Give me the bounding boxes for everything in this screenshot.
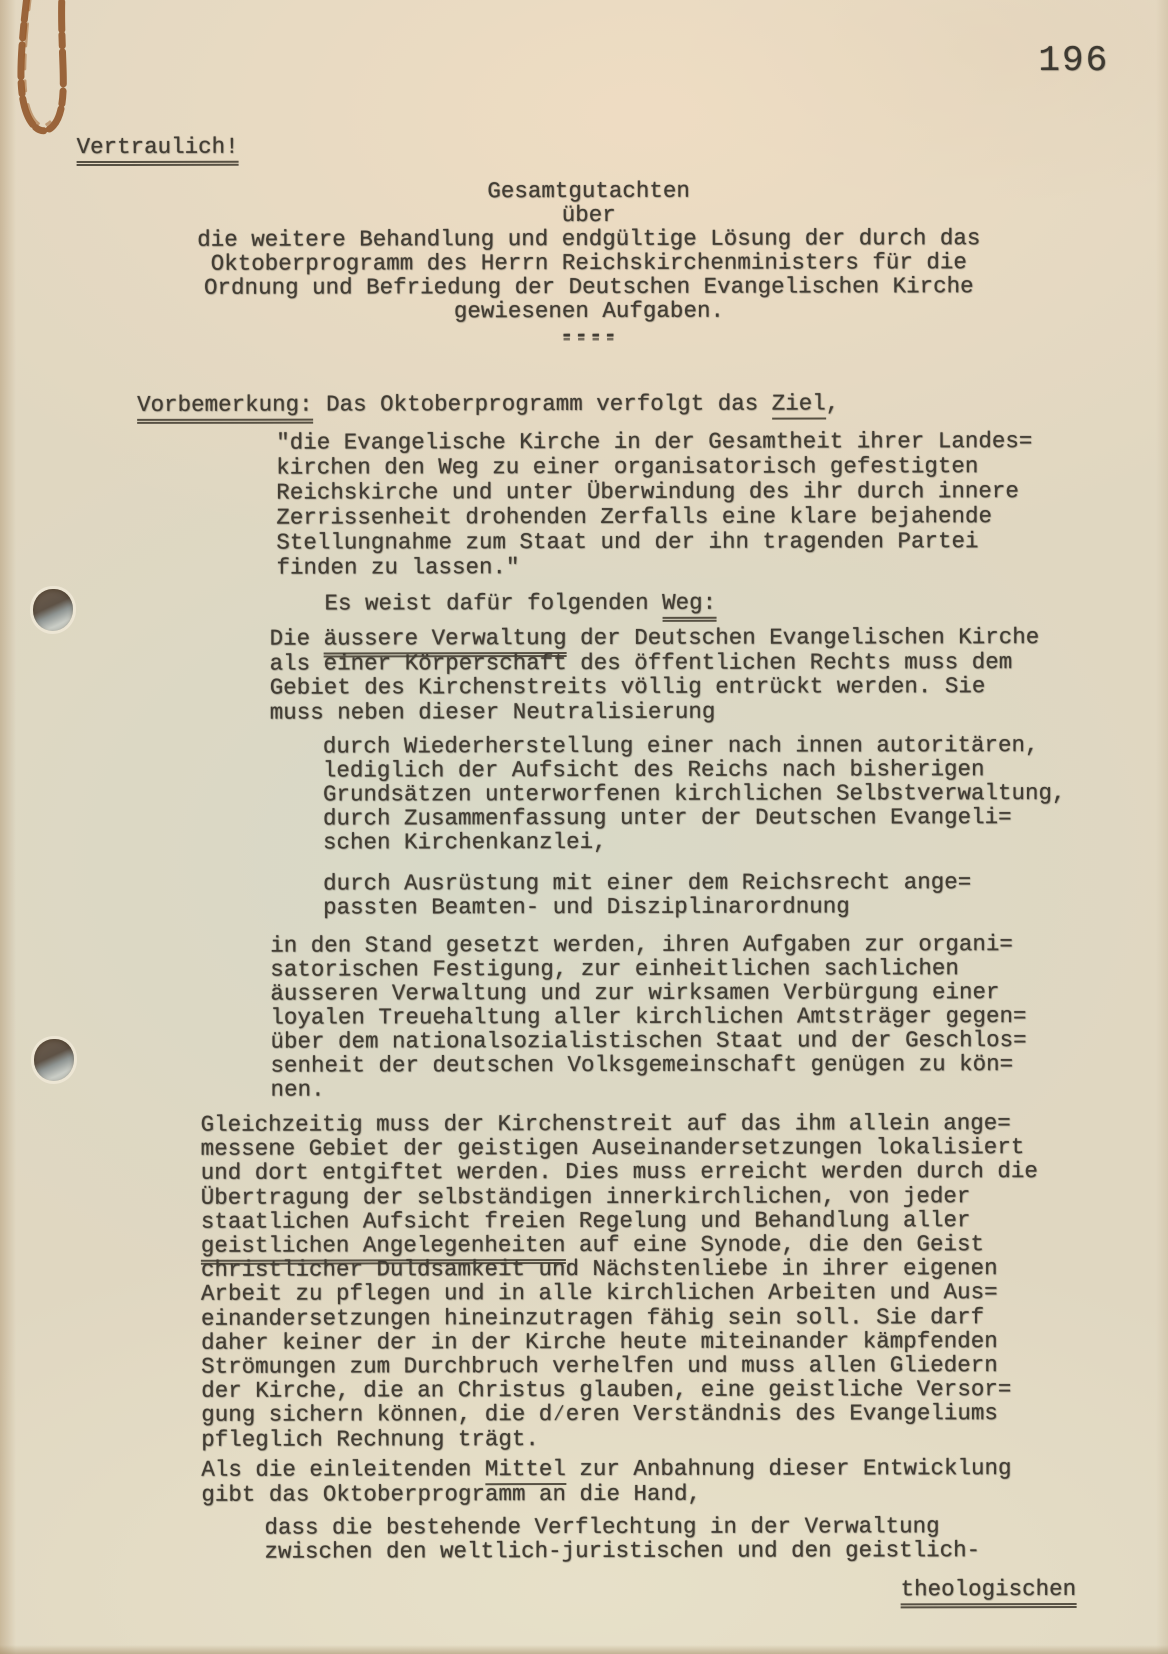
vorbemerkung-text: Das Oktoberprogramm verfolgt das — [313, 391, 772, 418]
paragraph-line: äusseren Verwaltung und zur wirksamen Ve… — [270, 980, 1026, 1006]
document-title: Gesamtgutachten über die weitere Behandl… — [69, 178, 1109, 348]
quote-line: "die Evangelische Kirche in der Gesamthe… — [276, 429, 1032, 456]
dass-item: dass die bestehende Verflechtung in der … — [264, 1514, 980, 1563]
paragraph-line: der Kirche, die an Christus glauben, ein… — [201, 1377, 1038, 1403]
paragraph-line: Als die einleitenden Mittel zur Anbahnun… — [201, 1456, 1011, 1482]
title-line: gewiesenen Aufgaben. — [69, 298, 1109, 324]
vorbemerkung-tail: , — [826, 390, 840, 416]
page-number: 196 — [1038, 49, 1109, 73]
paragraph-line: gung sichern können, die d⁄eren Verständ… — [201, 1401, 1038, 1427]
paragraph-line: einandersetzungen hineinzutragen fähig s… — [201, 1305, 1038, 1331]
paragraph-line: als einer Körperschaft des öffentlichen … — [270, 650, 1040, 676]
title-line: Gesamtgutachten — [69, 178, 1109, 204]
text-segment: Die — [270, 626, 324, 652]
paragraph-line: über dem nationalsozialistischen Staat u… — [270, 1028, 1026, 1054]
ausruestung-item: durch Ausrüstung mit einer dem Reichsrec… — [323, 870, 971, 919]
paragraph-line: Gebiet des Kirchenstreits völlig entrück… — [270, 674, 1040, 700]
weg-pre: Es weist dafür folgenden — [325, 590, 663, 617]
text-segment: Als die einleitenden — [201, 1456, 485, 1483]
paragraph-line: christlicher Duldsamkeit und Nächstenlie… — [201, 1256, 1038, 1282]
paragraph-line: satorischen Festigung, zur einheitlichen… — [270, 956, 1026, 982]
ziel-emphasis: Ziel — [772, 390, 826, 419]
item-line: dass die bestehende Verflechtung in der … — [264, 1514, 980, 1539]
stand-paragraph: in den Stand gesetzt werden, ihren Aufga… — [270, 932, 1026, 1102]
catchword: theologischen — [901, 1577, 1077, 1601]
item-line: schen Kirchenkanzlei, — [323, 829, 1066, 855]
item-line: durch Zusammenfassung unter der Deutsche… — [323, 805, 1066, 831]
paragraph-line: Übertragung der selbständigen innerkirch… — [201, 1184, 1038, 1210]
title-divider: ---- — [69, 322, 1109, 348]
title-line: über — [69, 202, 1109, 228]
confidential-label: Vertraulich! — [77, 134, 239, 166]
quote-line: finden zu lassen." — [276, 554, 1032, 581]
quote-paragraph: "die Evangelische Kirche in der Gesamthe… — [276, 429, 1032, 581]
text-segment: auf eine Synode, die den Geist — [565, 1231, 984, 1258]
paragraph-line: staatlichen Aufsicht freien Regelung und… — [201, 1208, 1038, 1234]
mittel-paragraph: Als die einleitenden Mittel zur Anbahnun… — [201, 1456, 1011, 1507]
quote-line: kirchen den Weg zu einer organisatorisch… — [276, 454, 1032, 481]
paragraph-line: und dort entgiftet werden. Dies muss err… — [201, 1159, 1038, 1185]
paragraph-line: messene Gebiet der geistigen Auseinander… — [201, 1135, 1038, 1161]
paragraph-line: pfleglich Rechnung trägt. — [201, 1426, 1038, 1452]
document-page: 196 Vertraulich! Gesamtgutachten über di… — [0, 0, 1168, 1654]
title-line: Oktoberprogramm des Herrn Reichskirchenm… — [69, 250, 1109, 276]
paragraph-line: Arbeit zu pflegen und in alle kirchliche… — [201, 1280, 1038, 1306]
weg-emphasis: Weg: — [662, 590, 716, 622]
catchword-text: theologischen — [901, 1576, 1077, 1608]
aussere-verwaltung-paragraph: Die äussere Verwaltung der Deutschen Eva… — [270, 625, 1040, 725]
item-line: durch Ausrüstung mit einer dem Reichsrec… — [323, 870, 971, 895]
text-segment: zur Anbahnung dieser Entwicklung — [566, 1455, 1012, 1482]
text-segment: der Deutschen Evangelischen Kirche — [567, 624, 1040, 651]
paragraph-line: gibt das Oktoberprogramm an die Hand, — [201, 1481, 1011, 1507]
confidential-stamp: Vertraulich! — [77, 135, 239, 159]
paragraph-line: Die äussere Verwaltung der Deutschen Eva… — [270, 625, 1040, 651]
vorbemerkung-line: Vorbemerkung: Das Oktoberprogramm verfol… — [137, 391, 839, 416]
paragraph-line: muss neben dieser Neutralisierung — [270, 699, 1040, 725]
paragraph-line: Gleichzeitig muss der Kirchenstreit auf … — [201, 1111, 1038, 1137]
item-line: lediglich der Aufsicht des Reichs nach b… — [323, 757, 1066, 783]
title-line: die weitere Behandlung und endgültige Lö… — [69, 226, 1109, 252]
quote-line: Reichskirche und unter Überwindung des i… — [276, 479, 1032, 506]
paragraph-line: daher keiner der in der Kirche heute mit… — [201, 1329, 1038, 1355]
paragraph-line: Strömungen zum Durchbruch verhelfen und … — [201, 1353, 1038, 1379]
title-line: Ordnung und Befriedung der Deutschen Eva… — [69, 274, 1109, 300]
paragraph-line: geistlichen Angelegenheiten auf eine Syn… — [201, 1232, 1038, 1258]
paragraph-line: loyalen Treuehaltung aller kirchlichen A… — [270, 1004, 1026, 1030]
item-line: passten Beamten- und Disziplinarordnung — [323, 894, 971, 919]
vorbemerkung-label: Vorbemerkung: — [137, 392, 313, 424]
paragraph-line: in den Stand gesetzt werden, ihren Aufga… — [270, 932, 1026, 958]
quote-line: Stellungnahme zum Staat und der ihn trag… — [276, 529, 1032, 556]
weg-line: Es weist dafür folgenden Weg: — [325, 591, 717, 616]
typewritten-content: 196 Vertraulich! Gesamtgutachten über di… — [0, 0, 1168, 1654]
gleichzeitig-paragraph: Gleichzeitig muss der Kirchenstreit auf … — [201, 1111, 1039, 1452]
wiederherstellung-item: durch Wiederherstellung einer nach innen… — [323, 733, 1066, 855]
item-line: durch Wiederherstellung einer nach innen… — [323, 733, 1066, 759]
quote-line: Zerrissenheit drohenden Zerfalls eine kl… — [276, 504, 1032, 531]
paragraph-line: senheit der deutschen Volksgemeinschaft … — [270, 1052, 1026, 1078]
paragraph-line: nen. — [271, 1076, 1027, 1102]
item-line: zwischen den weltlich-juristischen und d… — [264, 1538, 980, 1563]
item-line: Grundsätzen unterworfenen kirchlichen Se… — [323, 781, 1066, 807]
